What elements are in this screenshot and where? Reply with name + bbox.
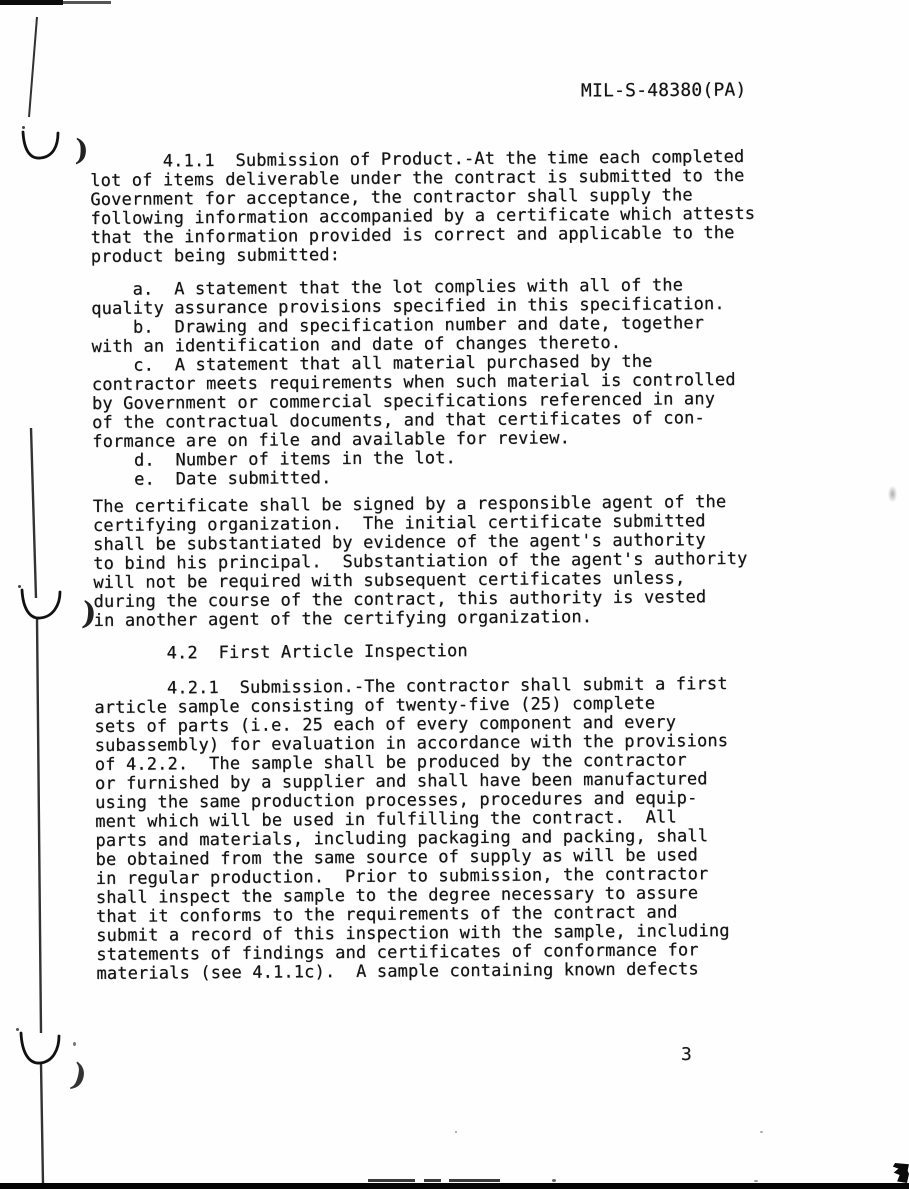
scan-dash-artifact [368, 1179, 415, 1182]
scan-dash-artifact [424, 1179, 441, 1182]
scan-speck [455, 1131, 457, 1133]
paragraph-certificate: The certificate shall be signed by a res… [93, 492, 854, 631]
scan-speck [22, 126, 25, 129]
paragraph-4-1-1: 4.1.1 Submission of Product.-At the time… [90, 147, 851, 267]
scan-speck [73, 1042, 76, 1046]
left-margin-line [31, 428, 36, 598]
scan-smudge [888, 486, 897, 502]
heading-4-2: 4.2 First Article Inspection [94, 639, 854, 664]
left-margin-line [37, 617, 41, 1033]
curl-mark: ) [68, 1057, 91, 1095]
scan-blob-artifact [892, 1163, 909, 1183]
scan-edge-bar-artifact [63, 1, 111, 4]
spec-number-header: MIL-S-48380(PA) [581, 79, 747, 101]
curl-mark: ) [74, 133, 89, 167]
scan-speck [754, 1180, 758, 1182]
scan-speck [16, 1028, 19, 1031]
scan-speck [552, 1179, 556, 1182]
scan-speck [760, 1131, 763, 1133]
left-margin-line [41, 1063, 43, 1184]
document-body: 4.1.1 Submission of Product.-At the time… [90, 147, 857, 984]
scan-speck [18, 585, 21, 588]
page-number: 3 [681, 1044, 692, 1065]
curl-mark: ) [80, 595, 98, 632]
scan-dash-artifact [449, 1179, 500, 1182]
scan-bottom-band [0, 1183, 909, 1189]
paragraph-4-2-1: 4.2.1 Submission.-The contractor shall s… [94, 674, 856, 984]
binder-ring-mark [22, 590, 60, 618]
list-4-1-1-items: a. A statement that the lot complies wit… [91, 275, 853, 490]
binder-ring-mark [21, 1033, 59, 1063]
scan-scratch-line [29, 17, 37, 117]
scanned-document-page: MIL-S-48380(PA) 4.1.1 Submission of Prod… [0, 0, 909, 1189]
scan-edge-bar-artifact [0, 0, 63, 5]
binder-ring-mark [23, 132, 58, 158]
